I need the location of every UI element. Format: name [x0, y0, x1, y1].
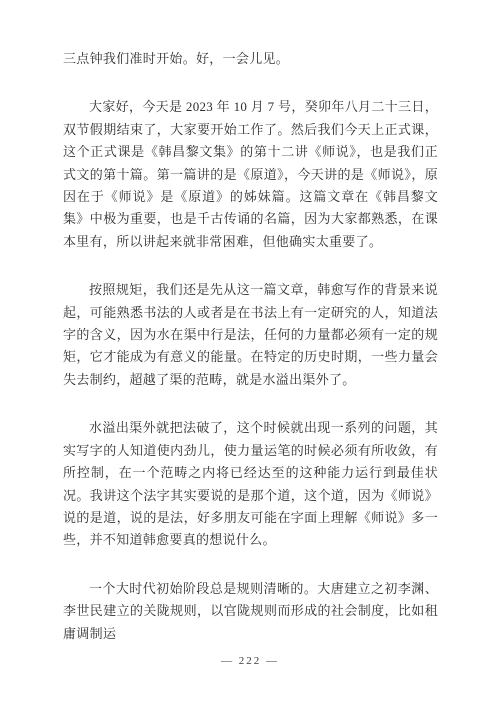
paragraph: 一个大时代初始阶段总是规则清晰的。大唐建立之初李渊、李世民建立的关陇规则，以官陇… [63, 578, 438, 645]
paragraph: 按照规矩，我们还是先从这一篇文章，韩愈写作的背景来说起，可能熟悉书法的人或者是在… [63, 279, 438, 391]
paragraph: 大家好，今天是 2023 年 10 月 7 号，癸卯年八月二十三日，双节假期结束… [63, 96, 438, 253]
page-number: — 222 — [0, 655, 500, 667]
page-text: 三点钟我们准时开始。好，一会儿见。大家好，今天是 2023 年 10 月 7 号… [63, 48, 438, 671]
paragraph: 三点钟我们准时开始。好，一会儿见。 [63, 48, 438, 70]
book-page: 三点钟我们准时开始。好，一会儿见。大家好，今天是 2023 年 10 月 7 号… [0, 0, 500, 707]
paragraph: 水溢出渠外就把法破了，这个时候就出现一系列的问题，其实写字的人知道使内劲儿，使力… [63, 417, 438, 551]
